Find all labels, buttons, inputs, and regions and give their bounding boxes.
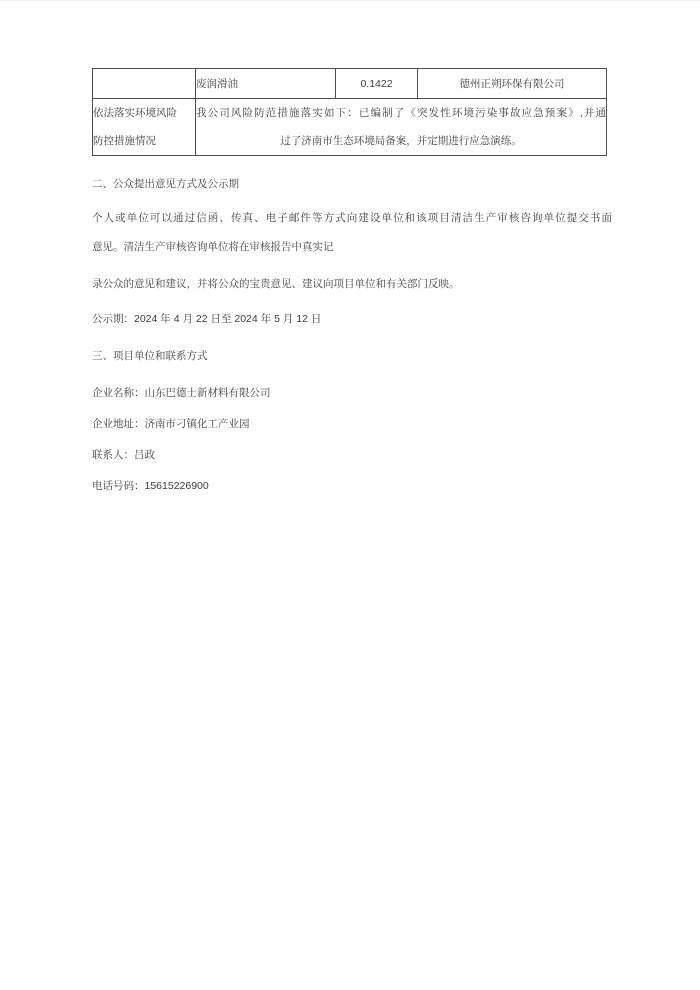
risk-content-line2: 过了济南市生态环境局备案，并定期进行应急演练。 (196, 127, 606, 155)
table-row: 废润滑油 0.1422 德州正朔环保有限公司 (93, 69, 607, 99)
risk-measures-table: 废润滑油 0.1422 德州正朔环保有限公司 依法落实环境风险 防控措施情况 我… (92, 68, 607, 156)
risk-label-line1: 依法落实环境风险 (93, 99, 195, 127)
opinion-record-paragraph: 录公众的意见和建议，并将公众的宝贵意见、建议向项目单位和有关部门反映。 (92, 277, 612, 291)
opinion-methods-paragraph-line2: 意见。清洁生产审核咨询单位将在审核报告中真实记 (92, 240, 612, 254)
risk-content-line1: 我公司风险防范措施落实如下：已编制了《突发性环境污染事故应急预案》,并通 (196, 99, 606, 127)
disposal-company-cell: 德州正朔环保有限公司 (418, 69, 607, 99)
contact-person-line: 联系人：吕政 (92, 448, 612, 462)
table-row: 依法落实环境风险 防控措施情况 我公司风险防范措施落实如下：已编制了《突发性环境… (93, 99, 607, 156)
risk-measures-content-cell: 我公司风险防范措施落实如下：已编制了《突发性环境污染事故应急预案》,并通 过了济… (196, 99, 607, 156)
opinion-methods-paragraph-line1: 个人或单位可以通过信函、传真、电子邮件等方式向建设单位和该项目清洁生产审核咨询单… (92, 211, 612, 225)
company-address-line: 企业地址：济南市刁镇化工产业园 (92, 417, 612, 431)
section-2-heading: 二、公众提出意见方式及公示期 (92, 177, 612, 191)
waste-amount-cell: 0.1422 (336, 69, 418, 99)
waste-type-cell: 废润滑油 (196, 69, 336, 99)
phone-number-line: 电话号码：15615226900 (92, 479, 612, 493)
publicity-period-line: 公示期：2024 年 4 月 22 日至 2024 年 5 月 12 日 (92, 312, 612, 326)
risk-measures-label-cell: 依法落实环境风险 防控措施情况 (93, 99, 196, 156)
risk-label-line2: 防控措施情况 (93, 127, 195, 155)
section-3-heading: 三、项目单位和联系方式 (92, 349, 612, 363)
company-name-line: 企业名称：山东巴德士新材料有限公司 (92, 386, 612, 400)
empty-cell (93, 69, 196, 99)
document-page: 废润滑油 0.1422 德州正朔环保有限公司 依法落实环境风险 防控措施情况 我… (0, 0, 700, 990)
